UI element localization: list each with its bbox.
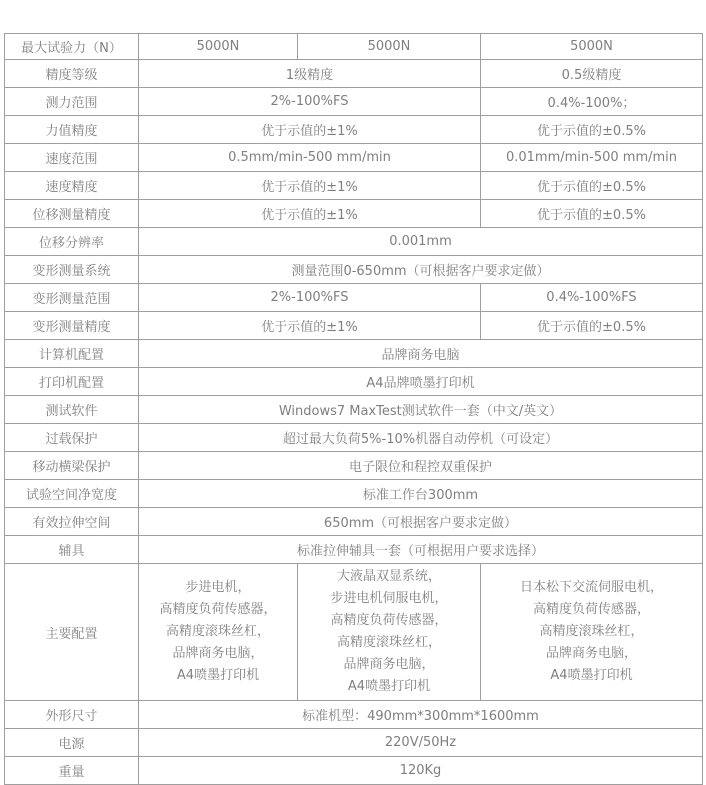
spec-value: 优于示值的±1% [139, 312, 481, 340]
table-row: 过载保护超过最大负荷5%-10%机器自动停机（可设定） [5, 424, 703, 452]
table-row: 速度精度优于示值的±1%优于示值的±0.5% [5, 172, 703, 200]
spec-label: 主要配置 [5, 564, 139, 701]
spec-value: 优于示值的±0.5% [481, 312, 703, 340]
spec-label: 移动横梁保护 [5, 452, 139, 480]
table-row: 试验空间净宽度标准工作台300mm [5, 480, 703, 508]
spec-label: 外形尺寸 [5, 701, 139, 729]
spec-value: 0.4%-100%FS [481, 284, 703, 312]
table-row: 计算机配置品牌商务电脑 [5, 340, 703, 368]
spec-value: 品牌商务电脑 [139, 340, 703, 368]
table-row: 变形测量精度优于示值的±1%优于示值的±0.5% [5, 312, 703, 340]
spec-label: 变形测量精度 [5, 312, 139, 340]
table-row: 位移分辨率0.001mm [5, 228, 703, 256]
spec-value: 650mm（可根据客户要求定做） [139, 508, 703, 536]
spec-value: 步进电机， 高精度负荷传感器， 高精度滚珠丝杠， 品牌商务电脑， A4喷墨打印机 [139, 564, 298, 701]
spec-label: 过载保护 [5, 424, 139, 452]
spec-table-body: 最大试验力（N）5000N5000N5000N精度等级1级精度0.5级精度测力范… [5, 34, 703, 785]
table-row: 速度范围0.5mm/min-500 mm/min0.01mm/min-500 m… [5, 144, 703, 172]
spec-value: 电子限位和程控双重保护 [139, 452, 703, 480]
table-row: 移动横梁保护电子限位和程控双重保护 [5, 452, 703, 480]
spec-label: 速度范围 [5, 144, 139, 172]
table-row: 电源220V/50Hz [5, 729, 703, 757]
spec-page: 最大试验力（N）5000N5000N5000N精度等级1级精度0.5级精度测力范… [0, 0, 706, 785]
spec-value: A4品牌喷墨打印机 [139, 368, 703, 396]
spec-value: 优于示值的±1% [139, 172, 481, 200]
spec-value: 测量范围0-650mm（可根据客户要求定做） [139, 256, 703, 284]
table-row: 变形测量系统测量范围0-650mm（可根据客户要求定做） [5, 256, 703, 284]
table-row: 外形尺寸标准机型：490mm*300mm*1600mm [5, 701, 703, 729]
table-row: 有效拉伸空间650mm（可根据客户要求定做） [5, 508, 703, 536]
spec-value: 0.5级精度 [481, 60, 703, 88]
spec-label: 变形测量系统 [5, 256, 139, 284]
spec-value: 标准机型：490mm*300mm*1600mm [139, 701, 703, 729]
spec-label: 计算机配置 [5, 340, 139, 368]
spec-label: 有效拉伸空间 [5, 508, 139, 536]
spec-label: 位移测量精度 [5, 200, 139, 228]
spec-value: 2%-100%FS [139, 284, 481, 312]
table-row: 主要配置步进电机， 高精度负荷传感器， 高精度滚珠丝杠， 品牌商务电脑， A4喷… [5, 564, 703, 701]
spec-value: 超过最大负荷5%-10%机器自动停机（可设定） [139, 424, 703, 452]
spec-value: 标准工作台300mm [139, 480, 703, 508]
table-row: 测试软件Windows7 MaxTest测试软件一套（中文/英文） [5, 396, 703, 424]
spec-label: 重量 [5, 757, 139, 785]
spec-value: 5000N [298, 34, 481, 60]
spec-value: 120Kg [139, 757, 703, 785]
spec-value: 1级精度 [139, 60, 481, 88]
spec-label: 最大试验力（N） [5, 34, 139, 60]
spec-label: 打印机配置 [5, 368, 139, 396]
spec-value: 优于示值的±1% [139, 200, 481, 228]
spec-value: 0.4%-100%； [481, 88, 703, 116]
spec-value: 优于示值的±0.5% [481, 200, 703, 228]
table-row: 力值精度优于示值的±1%优于示值的±0.5% [5, 116, 703, 144]
spec-value: 优于示值的±1% [139, 116, 481, 144]
spec-label: 速度精度 [5, 172, 139, 200]
table-row: 辅具标准拉伸辅具一套（可根据用户要求选择） [5, 536, 703, 564]
spec-value: 220V/50Hz [139, 729, 703, 757]
spec-label: 电源 [5, 729, 139, 757]
spec-value: 0.01mm/min-500 mm/min [481, 144, 703, 172]
spec-label: 变形测量范围 [5, 284, 139, 312]
spec-table: 最大试验力（N）5000N5000N5000N精度等级1级精度0.5级精度测力范… [4, 33, 703, 785]
spec-value: 日本松下交流伺服电机， 高精度负荷传感器， 高精度滚珠丝杠， 品牌商务电脑， A… [481, 564, 703, 701]
table-row: 位移测量精度优于示值的±1%优于示值的±0.5% [5, 200, 703, 228]
table-row: 变形测量范围2%-100%FS0.4%-100%FS [5, 284, 703, 312]
spec-label: 辅具 [5, 536, 139, 564]
spec-value: 2%-100%FS [139, 88, 481, 116]
spec-value: Windows7 MaxTest测试软件一套（中文/英文） [139, 396, 703, 424]
table-row: 测力范围2%-100%FS0.4%-100%； [5, 88, 703, 116]
spec-value: 0.001mm [139, 228, 703, 256]
spec-value: 大液晶双显系统， 步进电机伺服电机， 高精度负荷传感器， 高精度滚珠丝杠， 品牌… [298, 564, 481, 701]
spec-value: 标准拉伸辅具一套（可根据用户要求选择） [139, 536, 703, 564]
spec-value: 优于示值的±0.5% [481, 116, 703, 144]
spec-value: 0.5mm/min-500 mm/min [139, 144, 481, 172]
spec-label: 位移分辨率 [5, 228, 139, 256]
spec-value: 5000N [139, 34, 298, 60]
spec-label: 力值精度 [5, 116, 139, 144]
spec-value: 5000N [481, 34, 703, 60]
spec-label: 测试软件 [5, 396, 139, 424]
table-row: 最大试验力（N）5000N5000N5000N [5, 34, 703, 60]
spec-label: 测力范围 [5, 88, 139, 116]
spec-label: 精度等级 [5, 60, 139, 88]
table-row: 精度等级1级精度0.5级精度 [5, 60, 703, 88]
spec-value: 优于示值的±0.5% [481, 172, 703, 200]
table-row: 重量120Kg [5, 757, 703, 785]
spec-label: 试验空间净宽度 [5, 480, 139, 508]
table-row: 打印机配置A4品牌喷墨打印机 [5, 368, 703, 396]
